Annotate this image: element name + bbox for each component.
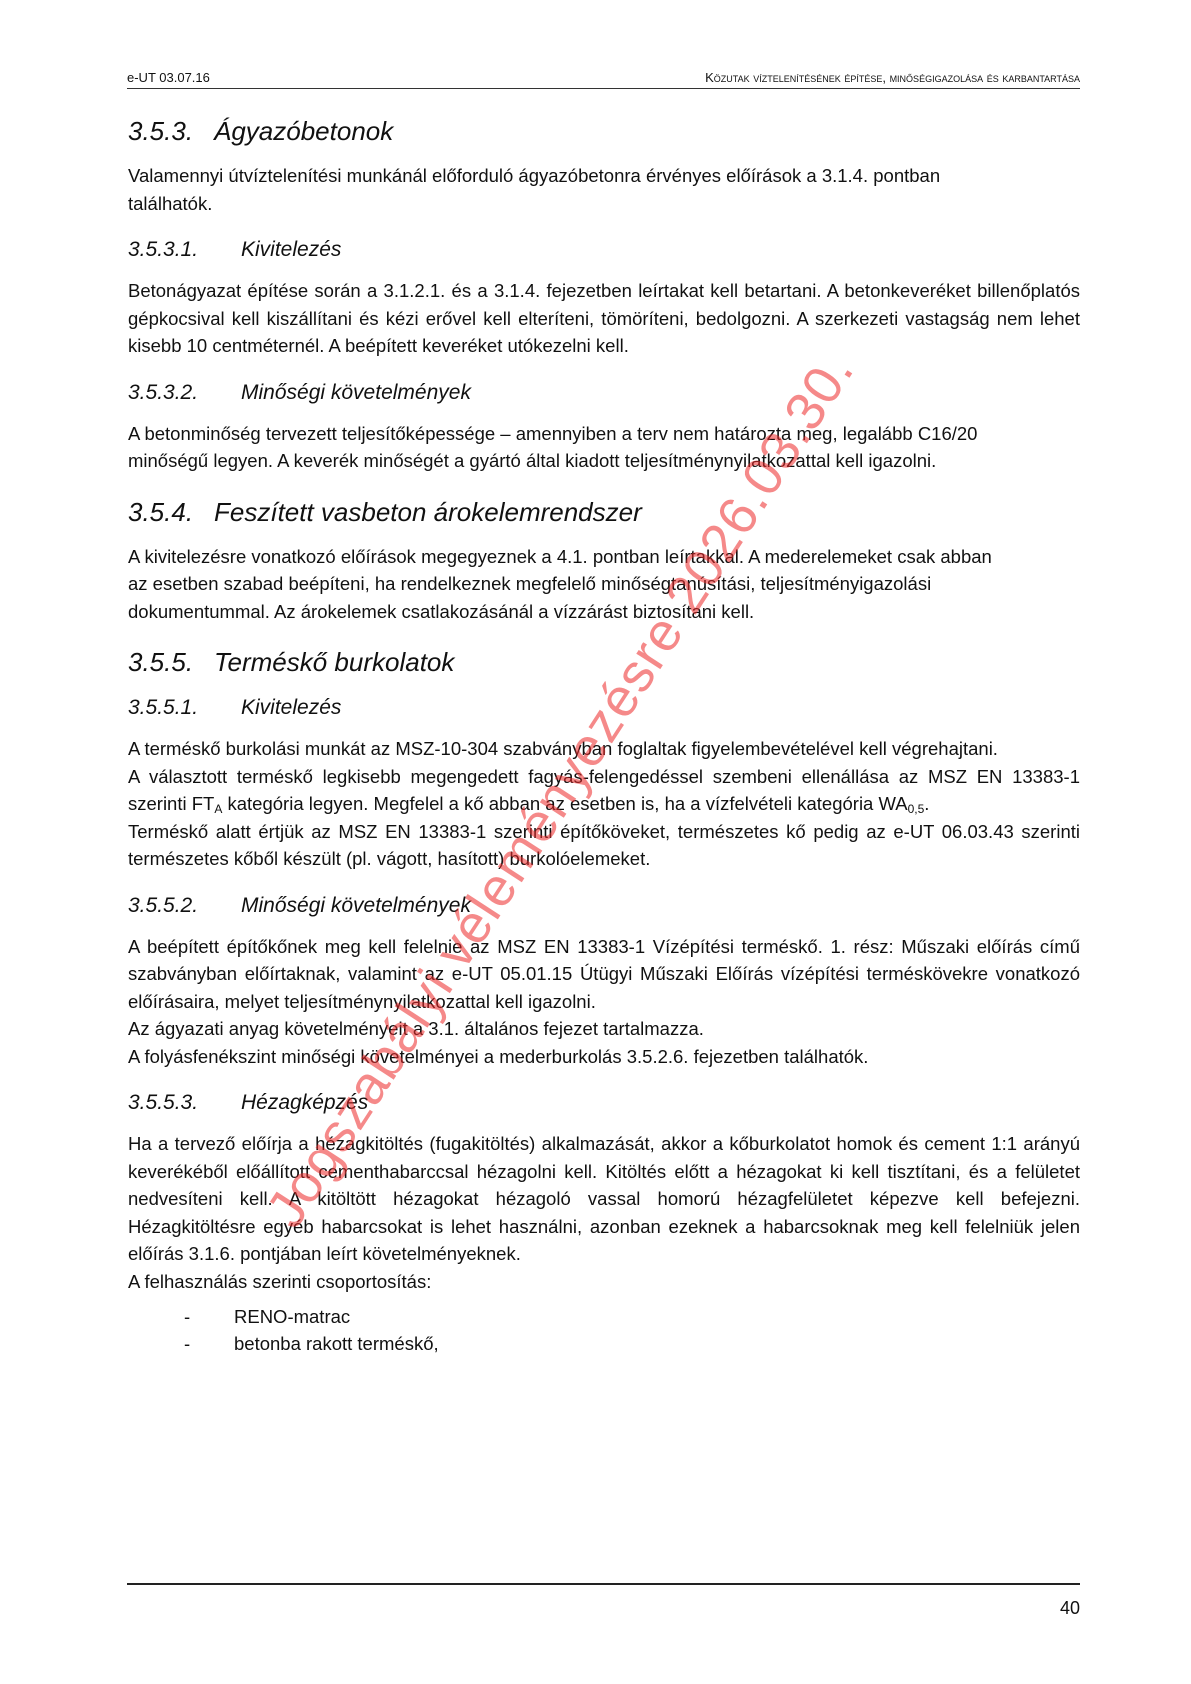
section-title: Terméskő burkolatok [214, 647, 454, 677]
paragraph: A terméskő burkolási munkát az MSZ-10-30… [128, 735, 1008, 763]
paragraph: A választott terméskő legkisebb megenged… [128, 763, 1080, 818]
section-3-5-5-3: 3.5.5.3.Hézagképzés Ha a tervező előírja… [128, 1088, 1080, 1357]
subsection-title: Kivitelezés [241, 696, 341, 719]
subsection-number: 3.5.3.2. [128, 378, 241, 408]
document-page: e-UT 03.07.16 Közutak víztelenítésének é… [0, 0, 1191, 1684]
subsection-number: 3.5.5.2. [128, 891, 241, 921]
paragraph: A betonminőség tervezett teljesítőképess… [128, 420, 1008, 475]
text-run: . [924, 793, 929, 814]
paragraph: Betonágyazat építése során a 3.1.2.1. és… [128, 277, 1080, 360]
paragraph: A kivitelezésre vonatkozó előírások mege… [128, 543, 1008, 626]
subsection-title: Minőségi követelmények [241, 381, 471, 404]
section-heading: 3.5.4.Feszített vasbeton árokelemrendsze… [128, 493, 1080, 531]
section-number: 3.5.5. [128, 643, 214, 681]
section-heading: 3.5.3.Ágyazóbetonok [128, 112, 1080, 150]
page-content: 3.5.3.Ágyazóbetonok Valamennyi útvíztele… [128, 112, 1080, 1375]
doc-title: Közutak víztelenítésének építése, minősé… [705, 70, 1080, 85]
paragraph: A beépített építőkőnek meg kell felelnie… [128, 933, 1080, 1016]
list-bullet: - [184, 1330, 190, 1357]
paragraph: Terméskő alatt értjük az MSZ EN 13383-1 … [128, 818, 1080, 873]
paragraph: A folyásfenékszint minőségi követelménye… [128, 1043, 1080, 1071]
list-bullet: - [184, 1303, 190, 1330]
section-3-5-3: 3.5.3.Ágyazóbetonok Valamennyi útvíztele… [128, 112, 1080, 217]
section-3-5-5-2: 3.5.5.2.Minőségi követelmények A beépíte… [128, 891, 1080, 1071]
subsection-number: 3.5.5.1. [128, 693, 241, 723]
subsection-number: 3.5.3.1. [128, 235, 241, 265]
section-heading: 3.5.5.Terméskő burkolatok [128, 643, 1080, 681]
list-item: -RENO-matrac [184, 1303, 1080, 1330]
subsection-title: Hézagképzés [241, 1091, 368, 1114]
list-item-text: RENO-matrac [234, 1306, 350, 1327]
list-item-text: betonba rakott terméskő, [234, 1333, 439, 1354]
doc-code: e-UT 03.07.16 [127, 70, 210, 85]
section-3-5-5-1: 3.5.5.1.Kivitelezés A terméskő burkolási… [128, 693, 1080, 873]
page-number: 40 [1060, 1598, 1080, 1619]
footer-divider [127, 1583, 1080, 1585]
paragraph: Az ágyazati anyag követelményeit a 3.1. … [128, 1015, 1080, 1043]
paragraph: Valamennyi útvíztelenítési munkánál előf… [128, 162, 958, 217]
section-3-5-5: 3.5.5.Terméskő burkolatok [128, 643, 1080, 681]
paragraph: Ha a tervező előírja a hézagkitöltés (fu… [128, 1130, 1080, 1268]
section-3-5-4: 3.5.4.Feszített vasbeton árokelemrendsze… [128, 493, 1080, 626]
subsection-heading: 3.5.3.2.Minőségi követelmények [128, 378, 1080, 408]
section-number: 3.5.3. [128, 112, 214, 150]
subsection-number: 3.5.5.3. [128, 1088, 241, 1118]
subsection-heading: 3.5.5.3.Hézagképzés [128, 1088, 1080, 1118]
page-header: e-UT 03.07.16 Közutak víztelenítésének é… [127, 68, 1080, 89]
section-title: Feszített vasbeton árokelemrendszer [214, 497, 642, 527]
subsection-heading: 3.5.5.2.Minőségi követelmények [128, 891, 1080, 921]
paragraph: A felhasználás szerinti csoportosítás: [128, 1268, 1080, 1296]
section-number: 3.5.4. [128, 493, 214, 531]
section-3-5-3-1: 3.5.3.1.Kivitelezés Betonágyazat építése… [128, 235, 1080, 360]
subsection-title: Kivitelezés [241, 238, 341, 261]
subsection-title: Minőségi követelmények [241, 894, 471, 917]
dash-list: -RENO-matrac -betonba rakott terméskő, [128, 1303, 1080, 1357]
section-3-5-3-2: 3.5.3.2.Minőségi követelmények A betonmi… [128, 378, 1080, 475]
section-title: Ágyazóbetonok [214, 116, 393, 146]
list-item: -betonba rakott terméskő, [184, 1330, 1080, 1357]
subsection-heading: 3.5.3.1.Kivitelezés [128, 235, 1080, 265]
subsection-heading: 3.5.5.1.Kivitelezés [128, 693, 1080, 723]
text-run: kategória legyen. Megfelel a kő abban az… [222, 793, 907, 814]
subscript: 0,5 [908, 802, 925, 816]
